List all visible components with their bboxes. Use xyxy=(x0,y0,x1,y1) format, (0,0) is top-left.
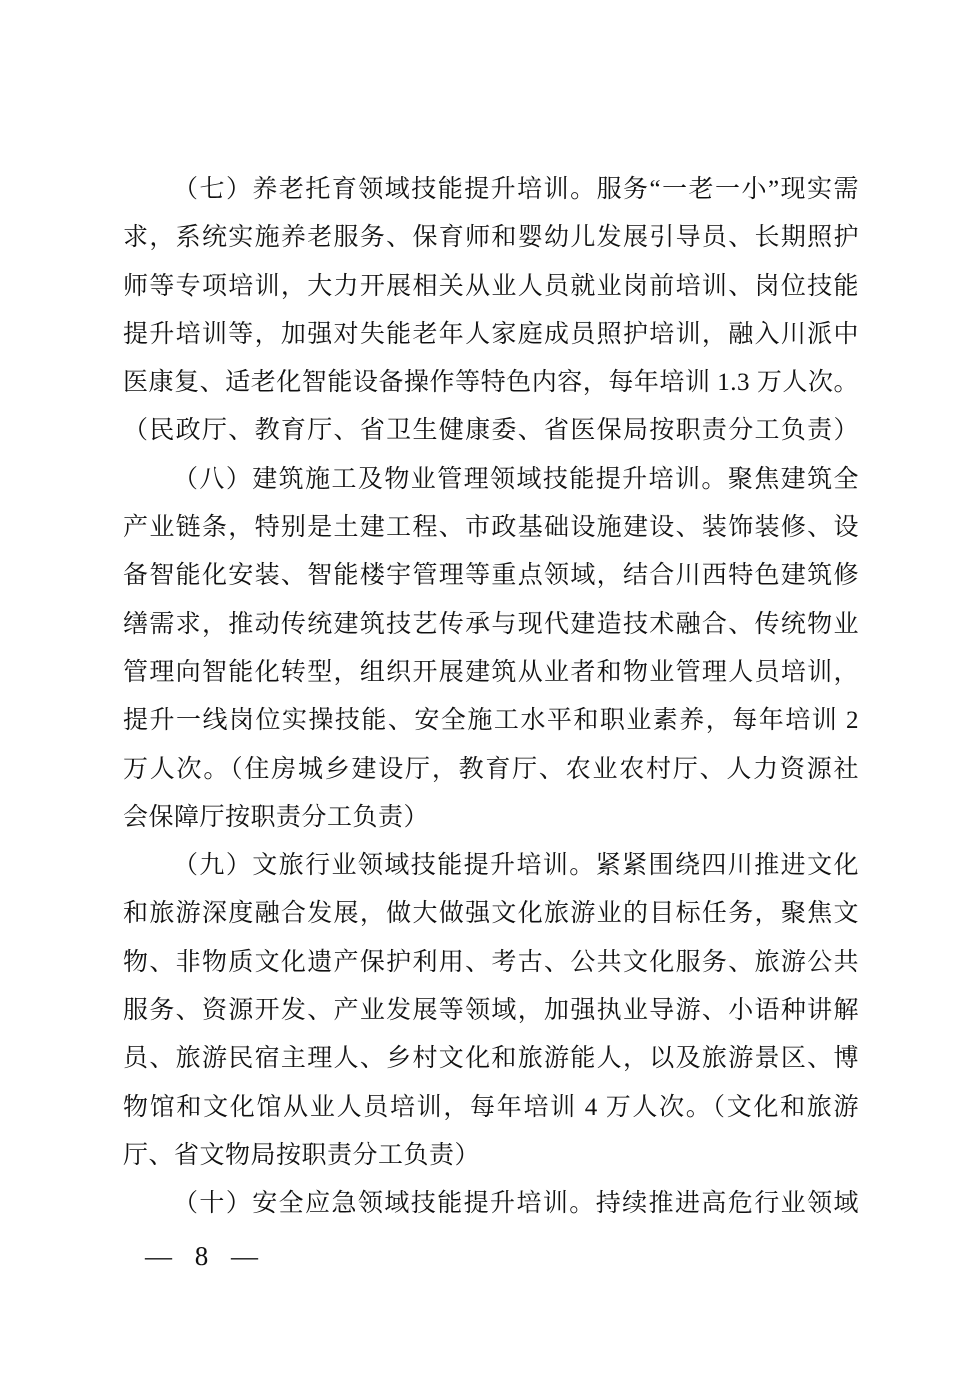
text-line: （八）建筑施工及物业管理领域技能提升培训。聚焦建筑全 xyxy=(123,456,859,504)
text-line: 服务、资源开发、产业发展等领域，加强执业导游、小语种讲解 xyxy=(123,987,859,1035)
text-line: 员、旅游民宿主理人、乡村文化和旅游能人，以及旅游景区、博 xyxy=(123,1035,859,1083)
text-line: （九）文旅行业领域技能提升培训。紧紧围绕四川推进文化 xyxy=(123,842,859,890)
item-7-elderly-childcare-training: （七）养老托育领域技能提升培训。服务“一老一小”现实需求，系统实施养老服务、保育… xyxy=(123,166,859,456)
text-line: 管理向智能化转型，组织开展建筑从业者和物业管理人员培训， xyxy=(123,649,859,697)
document-body: （七）养老托育领域技能提升培训。服务“一老一小”现实需求，系统实施养老服务、保育… xyxy=(123,166,859,1229)
text-line: （民政厅、教育厅、省卫生健康委、省医保局按职责分工负责） xyxy=(123,407,859,455)
text-line: 医康复、适老化智能设备操作等特色内容，每年培训 1.3 万人次。 xyxy=(123,359,859,407)
text-line: 和旅游深度融合发展，做大做强文化旅游业的目标任务，聚焦文 xyxy=(123,890,859,938)
text-line: 备智能化安装、智能楼宇管理等重点领域，结合川西特色建筑修 xyxy=(123,552,859,600)
text-line: 会保障厅按职责分工负责） xyxy=(123,794,859,842)
text-line: 提升培训等，加强对失能老年人家庭成员照护培训，融入川派中 xyxy=(123,311,859,359)
text-line: 求，系统实施养老服务、保育师和婴幼儿发展引导员、长期照护 xyxy=(123,214,859,262)
document-page: （七）养老托育领域技能提升培训。服务“一老一小”现实需求，系统实施养老服务、保育… xyxy=(0,0,974,1385)
item-10-safety-emergency-training: （十）安全应急领域技能提升培训。持续推进高危行业领域 xyxy=(123,1180,859,1228)
text-line: 产业链条，特别是土建工程、市政基础设施建设、装饰装修、设 xyxy=(123,504,859,552)
text-line: 物馆和文化馆从业人员培训，每年培训 4 万人次。（文化和旅游 xyxy=(123,1084,859,1132)
item-8-construction-property-training: （八）建筑施工及物业管理领域技能提升培训。聚焦建筑全产业链条，特别是土建工程、市… xyxy=(123,456,859,842)
text-line: 万人次。（住房城乡建设厅，教育厅、农业农村厅、人力资源社 xyxy=(123,746,859,794)
page-number: — 8 — xyxy=(145,1240,259,1272)
text-line: 物、非物质文化遗产保护利用、考古、公共文化服务、旅游公共 xyxy=(123,939,859,987)
text-line: 师等专项培训，大力开展相关从业人员就业岗前培训、岗位技能 xyxy=(123,263,859,311)
text-line: 缮需求，推动传统建筑技艺传承与现代建造技术融合、传统物业 xyxy=(123,601,859,649)
text-line: 提升一线岗位实操技能、安全施工水平和职业素养，每年培训 2 xyxy=(123,697,859,745)
item-9-culture-tourism-training: （九）文旅行业领域技能提升培训。紧紧围绕四川推进文化和旅游深度融合发展，做大做强… xyxy=(123,842,859,1180)
text-line: 厅、省文物局按职责分工负责） xyxy=(123,1132,859,1180)
text-line: （十）安全应急领域技能提升培训。持续推进高危行业领域 xyxy=(123,1180,859,1228)
text-line: （七）养老托育领域技能提升培训。服务“一老一小”现实需 xyxy=(123,166,859,214)
